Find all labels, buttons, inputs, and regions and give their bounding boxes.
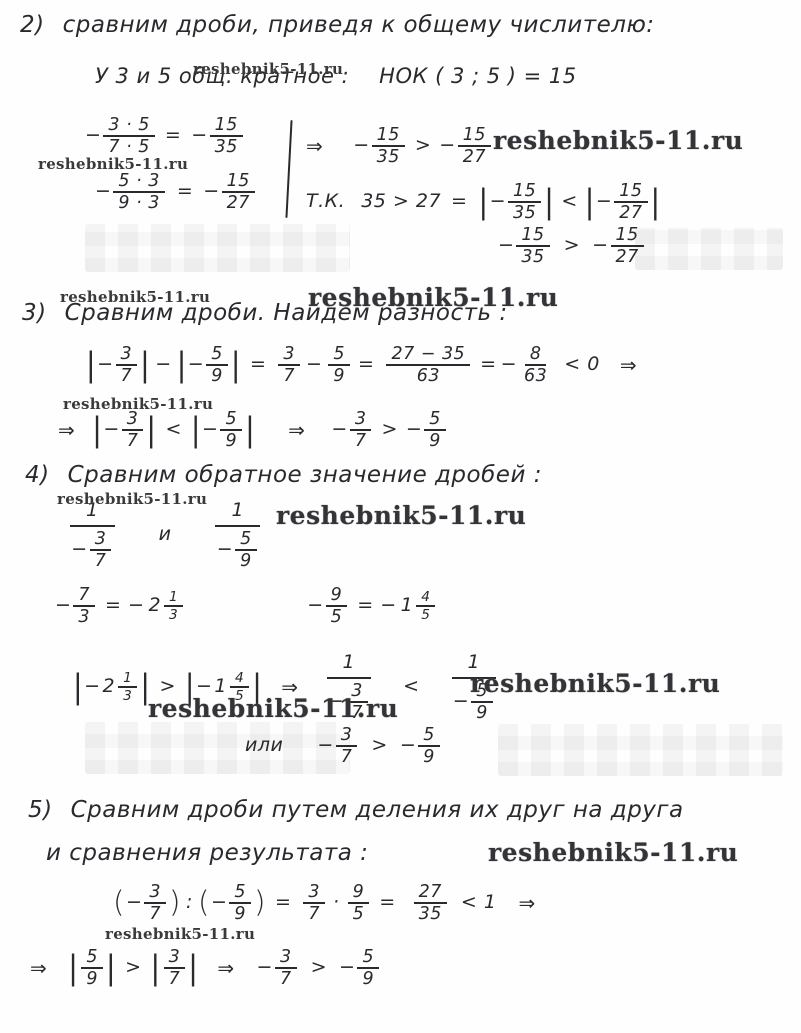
absolute-value-bar: | xyxy=(544,183,554,221)
watermark-text: reshebnik5-11.ru xyxy=(276,501,526,530)
handwritten-text: > xyxy=(564,235,580,257)
handwritten-text: − xyxy=(155,354,171,376)
spacing xyxy=(185,606,307,607)
s3-conclusion: ⇒|−37|<|−59|⇒−37>−59 xyxy=(58,410,448,451)
spacing xyxy=(374,365,384,366)
spacing xyxy=(407,146,415,147)
spacing xyxy=(305,430,331,431)
handwritten-text: НОК ( 3 ; 5 ) = 15 xyxy=(379,64,576,88)
fraction: 37 xyxy=(278,345,300,386)
spacing xyxy=(199,968,217,969)
spacing xyxy=(299,968,311,969)
absolute-value-bar: | xyxy=(177,346,187,384)
spacing xyxy=(345,202,361,203)
handwritten-text: 3) xyxy=(22,300,47,326)
fraction: 59 xyxy=(418,726,440,767)
handwritten-text: = xyxy=(358,354,374,376)
spacing xyxy=(496,903,518,904)
fraction: 59 xyxy=(357,948,379,989)
handwritten-text: − xyxy=(490,191,506,213)
faint-watermark-artifact xyxy=(635,228,783,270)
handwritten-text: > xyxy=(381,419,397,441)
fraction: 95 xyxy=(348,883,370,924)
handwritten-text: − xyxy=(501,354,517,376)
handwritten-text: Сравним дроби путем деления их друг на д… xyxy=(71,797,684,823)
spacing xyxy=(283,746,317,747)
spacing xyxy=(157,430,165,431)
absolute-value-bar: | xyxy=(106,949,116,987)
fraction: 37 xyxy=(275,948,297,989)
fraction: 37 xyxy=(122,410,144,451)
fraction: 37 xyxy=(90,530,112,571)
spacing xyxy=(472,365,480,366)
fraction: 1535 xyxy=(508,182,541,223)
handwritten-text: − xyxy=(400,735,416,757)
spacing xyxy=(323,146,353,147)
spacing xyxy=(75,430,91,431)
spacing xyxy=(449,903,461,904)
spacing xyxy=(373,430,381,431)
handwritten-text: = − xyxy=(105,595,144,617)
fraction: 1527 xyxy=(458,126,491,167)
fraction: 1527 xyxy=(222,172,255,213)
spacing xyxy=(349,606,357,607)
spacing xyxy=(176,687,184,688)
spacing xyxy=(467,202,477,203)
handwritten-text: < 0 xyxy=(564,354,600,376)
fraction: 1535 xyxy=(372,126,405,167)
fraction: 13 xyxy=(164,590,183,623)
spacing xyxy=(388,746,400,747)
fraction: 1535 xyxy=(516,226,549,267)
spacing xyxy=(267,903,275,904)
handwritten-text: − xyxy=(406,419,422,441)
s4-or-conclusion: или−37>−59 xyxy=(245,726,442,767)
fraction: 2735 xyxy=(414,883,447,924)
absolute-value-bar: | xyxy=(150,949,160,987)
handwritten-text: 5) xyxy=(28,797,53,823)
implies-arrow: ⇒ xyxy=(620,354,637,377)
spacing xyxy=(398,430,406,431)
spacing xyxy=(151,687,159,688)
spacing xyxy=(600,365,620,366)
handwritten-text: − xyxy=(306,354,322,376)
s5-heading2: и сравнения результата : xyxy=(46,840,368,866)
handwritten-text: = xyxy=(177,181,193,203)
handwritten-text: − xyxy=(498,235,514,257)
handwritten-text: − xyxy=(211,892,227,914)
handwritten-text: − xyxy=(188,354,204,376)
spacing xyxy=(552,246,564,247)
handwritten-text: − xyxy=(84,676,100,698)
handwritten-text: = xyxy=(451,191,467,213)
handwritten-text: − xyxy=(339,957,355,979)
fraction: 3 · 57 · 5 xyxy=(103,116,154,157)
s2-heading: 2)сравним дроби, приведя к общему числит… xyxy=(20,12,655,38)
spacing xyxy=(431,146,439,147)
faint-watermark-artifact xyxy=(498,724,783,776)
handwritten-text: − xyxy=(331,419,347,441)
fraction: 59 xyxy=(424,410,446,451)
handwritten-text: < xyxy=(561,191,577,213)
spacing xyxy=(193,192,203,193)
fraction: 59 xyxy=(206,345,228,386)
handwritten-text: − xyxy=(317,735,333,757)
watermark-text: reshebnik5-11.ru xyxy=(38,155,188,173)
absolute-value-bar: | xyxy=(73,668,83,706)
fraction: 59 xyxy=(81,948,103,989)
absolute-value-bar: | xyxy=(191,411,201,449)
s2-conclusion: −1535>−1527 xyxy=(498,226,646,267)
handwritten-text: сравним дроби, приведя к общему числител… xyxy=(63,12,655,38)
absolute-value-bar: | xyxy=(245,411,255,449)
spacing xyxy=(291,903,301,904)
absolute-value-bar: | xyxy=(188,949,198,987)
parenthesis: ) xyxy=(169,886,181,920)
s4-values: −73= −213−95= −145 xyxy=(55,586,437,627)
watermark-text: reshebnik5-11.ru xyxy=(493,126,743,155)
s4-reciprocals: 1−37и1−59 xyxy=(68,500,262,571)
spacing xyxy=(50,475,68,476)
handwritten-text: и сравнения результата : xyxy=(46,840,368,866)
handwritten-text: − xyxy=(191,125,207,147)
fraction: 1535 xyxy=(210,116,243,157)
spacing xyxy=(193,903,197,904)
handwritten-text: − xyxy=(257,957,273,979)
implies-arrow: ⇒ xyxy=(58,419,75,442)
handwritten-text: − xyxy=(97,354,113,376)
absolute-value-bar: | xyxy=(231,346,241,384)
handwritten-text: = − xyxy=(357,595,396,617)
watermark-text: reshebnik5-11.ru xyxy=(60,288,210,306)
absolute-value-bar: | xyxy=(478,183,488,221)
absolute-value-bar: | xyxy=(146,411,156,449)
faint-watermark-artifact xyxy=(85,224,350,272)
handwritten-text: 2) xyxy=(20,12,45,38)
spacing xyxy=(359,746,371,747)
s2-because: Т.К.35 > 27=|−1535|<|−1527| xyxy=(306,182,662,223)
spacing xyxy=(97,606,105,607)
absolute-value-bar: | xyxy=(68,949,78,987)
hand-drawn-divider-stroke xyxy=(285,120,292,218)
s5-conclusion: ⇒|59|>|37|⇒−37>−59 xyxy=(30,948,381,989)
spacing xyxy=(47,968,67,969)
handwritten-text: − xyxy=(95,181,111,203)
spacing xyxy=(396,903,412,904)
watermark-text: reshebnik5-11.ru xyxy=(63,395,213,413)
spacing xyxy=(117,535,159,536)
spacing xyxy=(47,313,65,314)
handwritten-text: > xyxy=(371,735,387,757)
parenthesis: ) xyxy=(254,886,266,920)
mixed-number: 213 xyxy=(103,671,140,704)
fraction: 13 xyxy=(118,671,137,704)
spacing xyxy=(235,968,257,969)
spacing xyxy=(242,365,250,366)
implies-arrow: ⇒ xyxy=(306,135,323,158)
spacing xyxy=(441,202,451,203)
s2-frac2: −5 · 39 · 3=−1527 xyxy=(95,172,257,213)
handwritten-text: и xyxy=(159,524,172,546)
spacing xyxy=(167,192,177,193)
fraction: 37 xyxy=(164,948,186,989)
watermark-text: reshebnik5-11.ru xyxy=(57,490,207,508)
handwritten-text: − xyxy=(203,181,219,203)
absolute-value-bar: | xyxy=(585,183,595,221)
handwritten-text: < xyxy=(403,676,419,698)
handwritten-text: Сравним обратное значение дробей : xyxy=(68,462,542,488)
absolute-value-bar: | xyxy=(651,183,661,221)
spacing xyxy=(172,365,176,366)
spacing xyxy=(45,25,63,26)
handwritten-text: − xyxy=(439,135,455,157)
fraction: 95 xyxy=(326,586,348,627)
handwritten-text: = xyxy=(275,892,291,914)
fraction: 59 xyxy=(235,530,257,571)
fraction: 59 xyxy=(220,410,242,451)
spacing xyxy=(340,903,346,904)
s4-heading: 4)Сравним обратное значение дробей : xyxy=(25,462,542,488)
handwritten-text: < 1 xyxy=(461,892,497,914)
absolute-value-bar: | xyxy=(140,346,150,384)
complex-fraction: 1−37 xyxy=(70,500,115,571)
handwritten-text: − xyxy=(103,419,119,441)
complex-fraction: 1−59 xyxy=(215,500,260,571)
fraction: 59 xyxy=(229,883,251,924)
absolute-value-bar: | xyxy=(92,411,102,449)
handwritten-text: < xyxy=(165,419,181,441)
implies-arrow: ⇒ xyxy=(217,957,234,980)
s2-frac1: −3 · 57 · 5=−1535 xyxy=(85,116,245,157)
spacing xyxy=(420,687,450,688)
handwritten-text: = xyxy=(480,354,496,376)
spacing xyxy=(580,246,592,247)
handwritten-text: = xyxy=(250,354,266,376)
fraction: 73 xyxy=(73,586,95,627)
spacing xyxy=(117,968,125,969)
implies-arrow: ⇒ xyxy=(288,419,305,442)
watermark-text: reshebnik5-11.ru xyxy=(105,925,255,943)
implies-arrow: ⇒ xyxy=(518,892,535,915)
spacing xyxy=(371,903,379,904)
handwritten-text: − xyxy=(596,191,612,213)
spacing xyxy=(157,136,165,137)
handwritten-text: − xyxy=(85,125,101,147)
watermark-text: reshebnik5-11.ru xyxy=(193,60,343,78)
spacing xyxy=(181,136,191,137)
fraction: 37 xyxy=(336,726,358,767)
spacing xyxy=(322,365,326,366)
handwritten-text: − xyxy=(307,595,323,617)
fraction: 37 xyxy=(350,410,372,451)
parenthesis: ( xyxy=(198,886,210,920)
spacing xyxy=(327,968,339,969)
s3-difference: |−37|−|−59|=37−59=27 − 3563=−863< 0⇒ xyxy=(85,345,637,386)
spacing xyxy=(554,365,564,366)
handwritten-text: = xyxy=(379,892,395,914)
spacing xyxy=(578,202,584,203)
spacing xyxy=(266,365,276,366)
watermark-text: reshebnik5-11.ru xyxy=(148,694,398,723)
handwritten-text: = xyxy=(165,125,181,147)
handwritten-text: Т.К. xyxy=(306,191,345,213)
spacing xyxy=(182,430,190,431)
handwritten-text: − xyxy=(55,595,71,617)
fraction: 37 xyxy=(144,883,166,924)
spacing xyxy=(53,810,71,811)
spacing xyxy=(256,430,288,431)
spacing xyxy=(373,687,403,688)
handwritten-text: > xyxy=(415,135,431,157)
s5-heading1: 5)Сравним дроби путем деления их друг на… xyxy=(28,797,684,823)
fraction: 1527 xyxy=(611,226,644,267)
spacing xyxy=(171,535,213,536)
handwritten-text: или xyxy=(245,735,283,757)
watermark-text: reshebnik5-11.ru xyxy=(488,838,738,867)
spacing xyxy=(299,687,325,688)
handwritten-text: : xyxy=(186,892,193,914)
watermark-text: reshebnik5-11.ru xyxy=(308,283,558,312)
mixed-number: 213 xyxy=(148,590,185,623)
spacing xyxy=(263,687,281,688)
handwritten-text: 35 > 27 xyxy=(361,191,441,213)
mixed-number: 145 xyxy=(401,590,438,623)
fraction: 37 xyxy=(303,883,325,924)
handwritten-text: − xyxy=(202,419,218,441)
parenthesis: ( xyxy=(113,886,125,920)
handwritten-text: > xyxy=(125,957,141,979)
handwritten-text: − xyxy=(592,235,608,257)
fraction: 863 xyxy=(519,345,552,386)
fraction: 45 xyxy=(416,590,435,623)
watermark-text: reshebnik5-11.ru xyxy=(470,669,720,698)
fraction: 59 xyxy=(328,345,350,386)
spacing xyxy=(349,76,379,77)
fraction: 5 · 39 · 3 xyxy=(113,172,164,213)
fraction: 27 − 3563 xyxy=(386,345,470,386)
handwritten-worksheet-page: 2)сравним дроби, приведя к общему числит… xyxy=(0,0,801,1033)
absolute-value-bar: | xyxy=(86,346,96,384)
handwritten-text: − xyxy=(353,135,369,157)
handwritten-text: − xyxy=(126,892,142,914)
fraction: 1527 xyxy=(614,182,647,223)
s5-division: (−37):(−59)=37·95=2735< 1⇒ xyxy=(112,883,536,924)
fraction: 37 xyxy=(116,345,138,386)
handwritten-text: > xyxy=(311,957,327,979)
handwritten-text: 4) xyxy=(25,462,50,488)
s2-compare: ⇒−1535>−1527 xyxy=(306,126,493,167)
spacing xyxy=(141,968,149,969)
implies-arrow: ⇒ xyxy=(30,957,47,980)
